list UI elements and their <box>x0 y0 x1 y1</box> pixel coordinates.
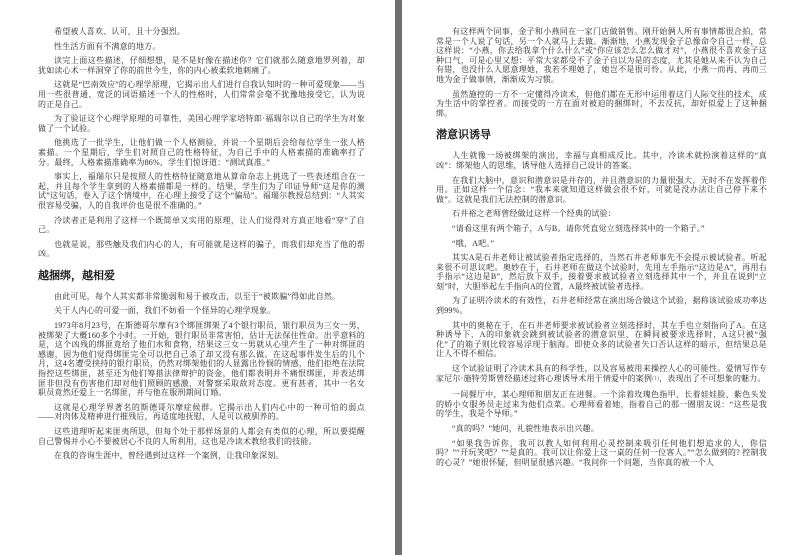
right-page: 有这样两个同事，金子和小燕同在一家门店做销售。刚开始俩人所有事情都很合拍，常常是… <box>402 0 797 555</box>
paragraph: 为了证明冷读术的有效性，石井老师经常在演出场合做这个试验，据称该试验成功率达到9… <box>436 296 767 315</box>
paragraph: 石井裕之老师曾经做过这样一个经典的试验： <box>436 209 767 219</box>
paragraph: 其中的奥秘在于，在石井老师要求被试验者立刻选择时，其左手也立刻指向了A。在这种诱… <box>436 321 767 359</box>
paragraph: 他挑选了一批学生，让他们做一个人格测验，并说一个星期后会给每位学生一张人格素描。… <box>38 138 365 167</box>
footnote-ref-link[interactable]: (1) <box>652 376 659 382</box>
paragraph: 这些道理听起来匪夷所思，但每个处于那样场景的人都会有类似的心理，所以要提醒自己警… <box>38 427 365 446</box>
dialogue-paragraph: “哦，A吧。” <box>436 239 767 249</box>
paragraph: 有这样两个同事，金子和小燕同在一家门店做销售。刚开始俩人所有事情都很合拍，常常是… <box>436 27 767 85</box>
paragraph: 在我的咨询生涯中，曾经遇到过这样一个案例，让我印象深刻。 <box>38 451 365 461</box>
section-heading-bondage-love: 越捆绑，越相爱 <box>38 270 365 283</box>
book-spread: 希望被人喜欢、认可，且十分强烈。 性生活方面有不满意的地方。 读完上面这些描述，… <box>0 0 797 555</box>
paragraph: 这就是“巴南效应”的心理学原理，它揭示出人们进行自我认知时的一种可爱现象——当用… <box>38 80 365 109</box>
dialogue-paragraph: “真的吗？”她问，礼貌性地表示出兴趣。 <box>436 424 767 434</box>
paragraph: 冷读者正是利用了这样一个既简单又实用的原理，让人们觉得对方真正地看“穿”了自己。 <box>38 216 365 235</box>
footnote-paragraph-text: ，表现出了不可想象的魅力。 <box>659 374 766 383</box>
paragraph: 在我们大脑中，意识和潜意识是并存的，并且潜意识的力量很强大，无时不在发挥着作用。… <box>436 176 767 205</box>
left-page: 希望被人喜欢、认可，且十分强烈。 性生活方面有不满意的地方。 读完上面这些描述，… <box>0 0 395 555</box>
paragraph: 一间餐厅中，某心理师和朋友正在进餐。一个涂着玫瑰色指甲、长着娃娃脸、紫色头发的娇… <box>436 390 767 419</box>
paragraph: 事实上，福瑞尔只是按照人的性格特征随意地从算命杂志上挑选了一些表述组合在一起，并… <box>38 172 365 210</box>
paragraph: 人生就像一场被绑架的演出，幸福与真相成反比。其中，冷读术就扮演着这样的“真凶”：… <box>436 151 767 170</box>
section-heading-subconscious-induction: 潜意识诱导 <box>436 129 767 142</box>
paragraph: 为了验证这个心理学原理的可靠性，美国心理学家培特郎·福瑞尔以自己的学生为对象做了… <box>38 114 365 133</box>
page-gutter-divider <box>395 0 402 555</box>
paragraph: 其实A是石井老师让被试验者指定选择的，当然石井老师事先不会提示被试验者。听起来很… <box>436 253 767 291</box>
dialogue-paragraph: “请看这里有两个箱子，A与B。请你凭直觉立刻选择其中的一个箱子。” <box>436 224 767 234</box>
paragraph: 1973年8月23号，在斯德哥尔摩有3个绑匪绑架了4个银行职员，银行职员为三女一… <box>38 321 365 398</box>
paragraph: 也就是说，那些触及我们内心的人，有可能就是这样的骗子，而我们却充当了他的帮凶。 <box>38 240 365 259</box>
dialogue-paragraph: “如果我告诉你，我可以教人如何利用心灵控制来吸引任何他们想追求的人，你信吗？”“… <box>436 439 767 468</box>
paragraph: 虽然施控的一方不一定懂得冷读术，但他们都在无形中运用着这门人际交往的技术，成为生… <box>436 90 767 119</box>
paragraph: 读完上面这些描述，仔细想想，是不是好像在描述你？它们就那么随意地罗列着，却犹如读… <box>38 56 365 75</box>
paragraph: 这就是心理学界著名的斯德哥尔摩症候群。它揭示出人们内心中的一种可怕的弱点——对肉… <box>38 403 365 422</box>
paragraph: 由此可见，每个人其实都非常脆弱和易于被攻击，以至于“被欺骗”得如此自然。 <box>38 292 365 302</box>
paragraph: 希望被人喜欢、认可，且十分强烈。 <box>38 27 365 37</box>
paragraph: 性生活方面有不满意的地方。 <box>38 42 365 52</box>
paragraph-with-footnote: 这个试验证明了冷读术具有的科学性，以及容易被用来操控人心的可能性。爱情写作专家尼… <box>436 364 767 385</box>
paragraph: 关于人内心的可爱一面，我们不妨看一个怪异的心理学现象。 <box>38 306 365 316</box>
